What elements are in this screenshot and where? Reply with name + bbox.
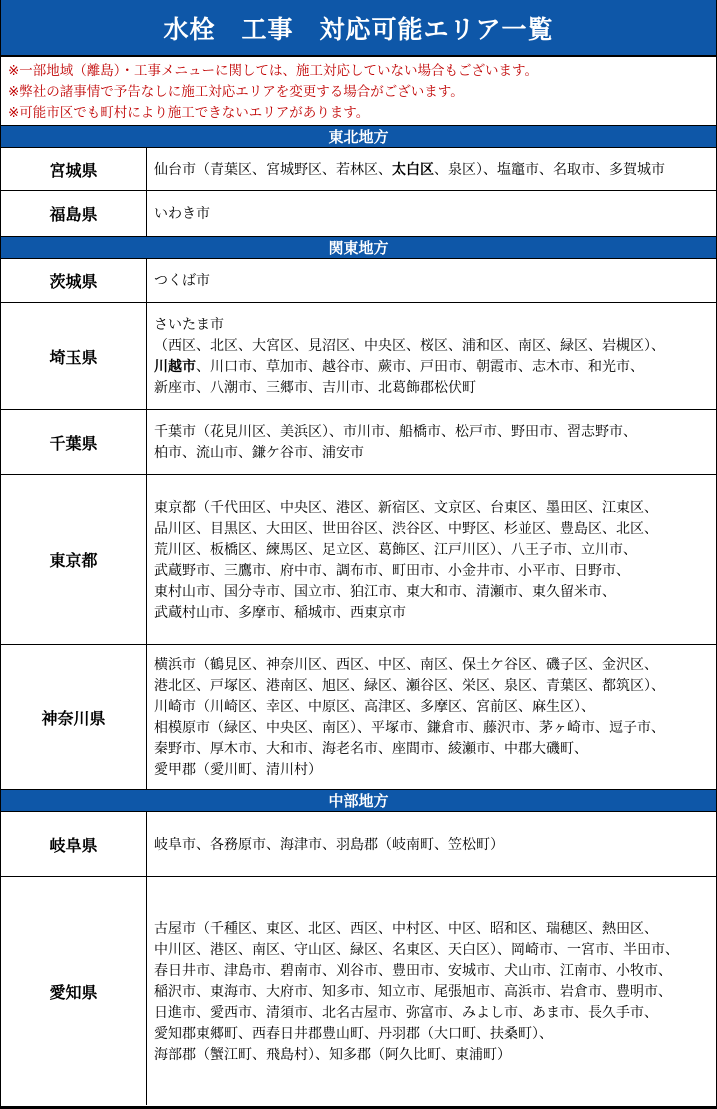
city-names: 愛甲郡（愛川町、清川村） — [154, 761, 322, 777]
city-line: 荒川区、板橋区、練馬区、足立区、葛飾区、江戸川区）、八王子市、立川市、 — [154, 539, 712, 560]
city-names: 岐阜市、各務原市、海津市、羽島郡（岐南町、笠松町） — [154, 836, 504, 852]
city-names: 東京都（千代田区、中央区、港区、新宿区、文京区、台東区、墨田区、江東区、 — [154, 499, 658, 515]
city-line: 柏市、流山市、鎌ケ谷市、浦安市 — [154, 442, 712, 463]
prefecture-name: 東京都 — [1, 475, 147, 644]
city-names: 、川口市、草加市、越谷市、蕨市、戸田市、朝霞市、志木市、和光市、 — [196, 358, 644, 374]
city-names: 、泉区）、塩竈市、名取市、多賀城市 — [434, 161, 665, 177]
city-line: 海部郡（蟹江町、飛島村）、知多郡（阿久比町、東浦町） — [154, 1044, 712, 1065]
table-row-aichi: 愛知県古屋市（千種区、東区、北区、西区、中村区、中区、昭和区、瑞穂区、熱田区、中… — [1, 877, 716, 1105]
city-names: 荒川区、板橋区、練馬区、足立区、葛飾区、江戸川区）、八王子市、立川市、 — [154, 541, 637, 557]
section-header-tohoku: 東北地方 — [1, 126, 716, 148]
city-names: 春日井市、津島市、碧南市、刈谷市、豊田市、安城市、犬山市、江南市、小牧市、 — [154, 962, 672, 978]
table-row-tokyo: 東京都東京都（千代田区、中央区、港区、新宿区、文京区、台東区、墨田区、江東区、品… — [1, 475, 716, 645]
note-line: ※弊社の諸事情で予告なしに施工対応エリアを変更する場合がございます。 — [8, 81, 709, 102]
city-line: 仙台市（青葉区、宮城野区、若林区、太白区、泉区）、塩竈市、名取市、多賀城市 — [154, 159, 712, 180]
table-row-gifu: 岐阜県岐阜市、各務原市、海津市、羽島郡（岐南町、笠松町） — [1, 812, 716, 877]
section-header-chubu: 中部地方 — [1, 790, 716, 812]
table-row-fukushima: 福島県いわき市 — [1, 191, 716, 237]
city-line: 横浜市（鶴見区、神奈川区、西区、中区、南区、保土ケ谷区、磯子区、金沢区、 — [154, 654, 712, 675]
city-names: 横浜市（鶴見区、神奈川区、西区、中区、南区、保土ケ谷区、磯子区、金沢区、 — [154, 656, 658, 672]
prefecture-name: 岐阜県 — [1, 812, 147, 876]
note-line: ※可能市区でも町村により施工できないエリアがあります。 — [8, 102, 709, 123]
city-line: 武蔵村山市、多摩市、稲城市、西東京市 — [154, 602, 712, 623]
city-line: 日進市、愛西市、清須市、北名古屋市、弥富市、みよし市、あま市、長久手市、 — [154, 1002, 712, 1023]
city-line: 品川区、目黒区、大田区、世田谷区、渋谷区、中野区、杉並区、豊島区、北区、 — [154, 518, 712, 539]
prefecture-name: 埼玉県 — [1, 303, 147, 409]
city-names: 日進市、愛西市、清須市、北名古屋市、弥富市、みよし市、あま市、長久手市、 — [154, 1004, 658, 1020]
prefecture-name: 愛知県 — [1, 877, 147, 1105]
prefecture-name: 福島県 — [1, 191, 147, 236]
city-line: 新座市、八潮市、三郷市、吉川市、北葛飾郡松伏町 — [154, 377, 712, 398]
prefecture-name: 茨城県 — [1, 259, 147, 302]
city-line: 岐阜市、各務原市、海津市、羽島郡（岐南町、笠松町） — [154, 834, 712, 855]
prefecture-name: 宮城県 — [1, 148, 147, 190]
cities-list: 千葉市（花見川区、美浜区）、市川市、船橋市、松戸市、野田市、習志野市、柏市、流山… — [147, 410, 716, 474]
cities-list: 横浜市（鶴見区、神奈川区、西区、中区、南区、保土ケ谷区、磯子区、金沢区、港北区、… — [147, 645, 716, 789]
cities-list: 古屋市（千種区、東区、北区、西区、中村区、中区、昭和区、瑞穂区、熱田区、中川区、… — [147, 877, 716, 1105]
city-line: 古屋市（千種区、東区、北区、西区、中村区、中区、昭和区、瑞穂区、熱田区、 — [154, 918, 712, 939]
cities-list: いわき市 — [147, 191, 716, 236]
city-names: 秦野市、厚木市、大和市、海老名市、座間市、綾瀬市、中郡大磯町、 — [154, 740, 588, 756]
city-names: 海部郡（蟹江町、飛島村）、知多郡（阿久比町、東浦町） — [154, 1046, 511, 1062]
city-names: 稲沢市、東海市、大府市、知多市、知立市、尾張旭市、高浜市、岩倉市、豊明市、 — [154, 983, 672, 999]
table-row-kanagawa: 神奈川県横浜市（鶴見区、神奈川区、西区、中区、南区、保土ケ谷区、磯子区、金沢区、… — [1, 645, 716, 790]
city-names: 港北区、戸塚区、港南区、旭区、緑区、瀬谷区、栄区、泉区、青葉区、都筑区）、 — [154, 677, 665, 693]
city-line: 愛知郡東郷町、西春日井郡豊山町、丹羽郡（大口町、扶桑町）、 — [154, 1023, 712, 1044]
note-line: ※一部地域（離島）・工事メニューに関しては、施工対応していない場合もございます。 — [8, 60, 709, 81]
city-names: 相模原市（緑区、中央区、南区）、平塚市、鎌倉市、藤沢市、茅ヶ崎市、逗子市、 — [154, 719, 665, 735]
cities-list: つくば市 — [147, 259, 716, 302]
section-header-kanto: 関東地方 — [1, 237, 716, 259]
city-names: 中川区、港区、南区、守山区、緑区、名東区、天白区）、岡崎市、一宮市、半田市、 — [154, 941, 679, 957]
city-names: 新座市、八潮市、三郷市、吉川市、北葛飾郡松伏町 — [154, 379, 476, 395]
city-line: 東京都（千代田区、中央区、港区、新宿区、文京区、台東区、墨田区、江東区、 — [154, 497, 712, 518]
city-line: 愛甲郡（愛川町、清川村） — [154, 759, 712, 780]
city-names: いわき市 — [154, 205, 210, 221]
prefecture-name: 千葉県 — [1, 410, 147, 474]
city-line: 武蔵野市、三鷹市、府中市、調布市、町田市、小金井市、小平市、日野市、 — [154, 560, 712, 581]
city-names: 柏市、流山市、鎌ケ谷市、浦安市 — [154, 444, 364, 460]
city-line: さいたま市 — [154, 314, 712, 335]
city-names: 仙台市（青葉区、宮城野区、若林区、 — [154, 161, 392, 177]
table-row-chiba: 千葉県千葉市（花見川区、美浜区）、市川市、船橋市、松戸市、野田市、習志野市、柏市… — [1, 410, 716, 475]
city-names: 愛知郡東郷町、西春日井郡豊山町、丹羽郡（大口町、扶桑町）、 — [154, 1025, 553, 1041]
table-row-ibaraki: 茨城県つくば市 — [1, 259, 716, 303]
city-names: 武蔵野市、三鷹市、府中市、調布市、町田市、小金井市、小平市、日野市、 — [154, 562, 630, 578]
city-name-bold: 川越市 — [154, 358, 196, 374]
document-title-band: 水栓 工事 対応可能エリア一覧 — [1, 0, 716, 57]
page-title: 水栓 工事 対応可能エリア一覧 — [163, 10, 553, 46]
city-names: さいたま市 — [154, 316, 224, 332]
city-line: 相模原市（緑区、中央区、南区）、平塚市、鎌倉市、藤沢市、茅ヶ崎市、逗子市、 — [154, 717, 712, 738]
city-line: 稲沢市、東海市、大府市、知多市、知立市、尾張旭市、高浜市、岩倉市、豊明市、 — [154, 981, 712, 1002]
city-names: 古屋市（千種区、東区、北区、西区、中村区、中区、昭和区、瑞穂区、熱田区、 — [154, 920, 658, 936]
city-names: 品川区、目黒区、大田区、世田谷区、渋谷区、中野区、杉並区、豊島区、北区、 — [154, 520, 658, 536]
city-line: 川崎市（川崎区、幸区、中原区、高津区、多摩区、宮前区、麻生区）、 — [154, 696, 712, 717]
city-names: つくば市 — [154, 272, 210, 288]
city-line: 春日井市、津島市、碧南市、刈谷市、豊田市、安城市、犬山市、江南市、小牧市、 — [154, 960, 712, 981]
city-name-bold: 太白区 — [392, 161, 434, 177]
city-line: 千葉市（花見川区、美浜区）、市川市、船橋市、松戸市、野田市、習志野市、 — [154, 421, 712, 442]
table-row-saitama: 埼玉県さいたま市（西区、北区、大宮区、見沼区、中央区、桜区、浦和区、南区、緑区、… — [1, 303, 716, 410]
cities-list: 仙台市（青葉区、宮城野区、若林区、太白区、泉区）、塩竈市、名取市、多賀城市 — [147, 148, 716, 190]
area-table: 東北地方宮城県仙台市（青葉区、宮城野区、若林区、太白区、泉区）、塩竈市、名取市、… — [1, 126, 716, 1105]
city-names: 千葉市（花見川区、美浜区）、市川市、船橋市、松戸市、野田市、習志野市、 — [154, 423, 637, 439]
prefecture-name: 神奈川県 — [1, 645, 147, 789]
city-line: 中川区、港区、南区、守山区、緑区、名東区、天白区）、岡崎市、一宮市、半田市、 — [154, 939, 712, 960]
city-names: 東村山市、国分寺市、国立市、狛江市、東大和市、清瀬市、東久留米市、 — [154, 583, 616, 599]
cities-list: 東京都（千代田区、中央区、港区、新宿区、文京区、台東区、墨田区、江東区、品川区、… — [147, 475, 716, 644]
table-row-miyagi: 宮城県仙台市（青葉区、宮城野区、若林区、太白区、泉区）、塩竈市、名取市、多賀城市 — [1, 148, 716, 191]
city-line: 川越市、川口市、草加市、越谷市、蕨市、戸田市、朝霞市、志木市、和光市、 — [154, 356, 712, 377]
cities-list: さいたま市（西区、北区、大宮区、見沼区、中央区、桜区、浦和区、南区、緑区、岩槻区… — [147, 303, 716, 409]
service-area-document: 水栓 工事 対応可能エリア一覧 ※一部地域（離島）・工事メニューに関しては、施工… — [0, 0, 717, 1109]
city-names: 川崎市（川崎区、幸区、中原区、高津区、多摩区、宮前区、麻生区）、 — [154, 698, 595, 714]
city-line: 東村山市、国分寺市、国立市、狛江市、東大和市、清瀬市、東久留米市、 — [154, 581, 712, 602]
city-line: 港北区、戸塚区、港南区、旭区、緑区、瀬谷区、栄区、泉区、青葉区、都筑区）、 — [154, 675, 712, 696]
city-line: 秦野市、厚木市、大和市、海老名市、座間市、綾瀬市、中郡大磯町、 — [154, 738, 712, 759]
city-names: （西区、北区、大宮区、見沼区、中央区、桜区、浦和区、南区、緑区、岩槻区）、 — [154, 337, 665, 353]
city-names: 武蔵村山市、多摩市、稲城市、西東京市 — [154, 604, 406, 620]
cities-list: 岐阜市、各務原市、海津市、羽島郡（岐南町、笠松町） — [147, 812, 716, 876]
city-line: いわき市 — [154, 203, 712, 224]
city-line: （西区、北区、大宮区、見沼区、中央区、桜区、浦和区、南区、緑区、岩槻区）、 — [154, 335, 712, 356]
disclaimer-notes: ※一部地域（離島）・工事メニューに関しては、施工対応していない場合もございます。… — [1, 57, 716, 126]
city-line: つくば市 — [154, 270, 712, 291]
